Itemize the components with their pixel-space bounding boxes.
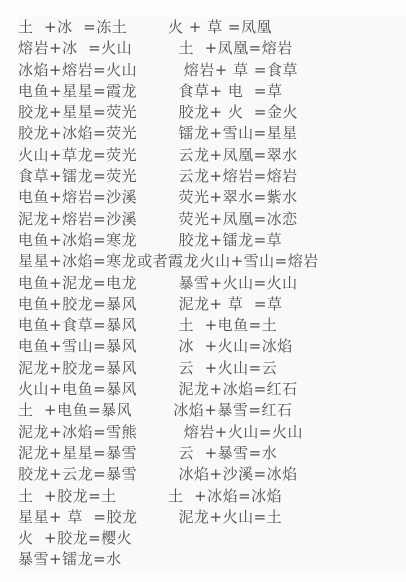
formula-left: 泥龙+冰焰=雪熊 xyxy=(18,422,168,443)
formula-left: 火山+草龙=荧光 xyxy=(18,145,168,166)
formula-row: 电鱼+泥龙=电龙 暴雪+火山=火山 xyxy=(18,273,406,294)
formula-row: 熔岩+冰 =火山 土 +凤凰=熔岩 xyxy=(18,38,406,59)
formula-right: 火山+雪山=熔岩 xyxy=(168,251,406,272)
formula-left: 泥龙+熔岩=沙溪 xyxy=(18,209,168,230)
formula-right: 熔岩+火山=火山 xyxy=(168,422,406,443)
formula-right: 泥龙+冰焰=红石 xyxy=(168,379,406,400)
formula-row: 电鱼+胶龙=暴风 泥龙+ 草 =草 xyxy=(18,294,406,315)
formula-left: 电鱼+星星=霞龙 xyxy=(18,81,168,102)
formula-row: 泥龙+胶龙=暴风 云 +火山=云 xyxy=(18,358,406,379)
formula-left: 泥龙+星星=暴雪 xyxy=(18,443,168,464)
formula-right: 土 +凤凰=熔岩 xyxy=(168,38,406,59)
combination-list: 土 +冰 =冻土火 + 草 =凤凰 熔岩+冰 =火山 土 +凤凰=熔岩 冰焰+熔… xyxy=(0,0,406,582)
formula-left: 土 +电鱼=暴风 xyxy=(18,400,168,421)
formula-right: 云龙+凤凰=翠水 xyxy=(168,145,406,166)
formula-right: 冰焰+暴雪=红石 xyxy=(168,400,406,421)
formula-row: 泥龙+星星=暴雪 云 +暴雪=水 xyxy=(18,443,406,464)
formula-left: 火 +胶龙=樱火 xyxy=(18,528,168,549)
formula-row: 电鱼+熔岩=沙溪 荧光+翠水=紫水 xyxy=(18,187,406,208)
formula-row: 土 +胶龙=土土 +冰焰=冰焰 xyxy=(18,486,406,507)
formula-left: 电鱼+食草=暴风 xyxy=(18,315,168,336)
formula-right xyxy=(168,528,406,549)
formula-left: 电鱼+雪山=暴风 xyxy=(18,336,168,357)
formula-left: 熔岩+冰 =火山 xyxy=(18,38,168,59)
formula-right: 冰 +火山=冰焰 xyxy=(168,336,406,357)
formula-right: 胶龙+镭龙=草 xyxy=(168,230,406,251)
formula-left: 星星+ 草 =胶龙 xyxy=(18,507,168,528)
formula-right: 冰焰+沙溪=冰焰 xyxy=(168,464,406,485)
formula-right: 云 +火山=云 xyxy=(168,358,406,379)
formula-row: 火山+电鱼=暴风 泥龙+冰焰=红石 xyxy=(18,379,406,400)
formula-row: 胶龙+冰焰=荧光 镭龙+雪山=星星 xyxy=(18,123,406,144)
formula-right: 胶龙+ 火 =金火 xyxy=(168,102,406,123)
formula-left: 电鱼+冰焰=寒龙 xyxy=(18,230,168,251)
formula-row: 电鱼+冰焰=寒龙 胶龙+镭龙=草 xyxy=(18,230,406,251)
formula-left: 食草+镭龙=荧光 xyxy=(18,166,168,187)
formula-right: 熔岩+ 草 =食草 xyxy=(168,60,406,81)
formula-left: 土 +冰 =冻土 xyxy=(18,17,168,38)
formula-row: 胶龙+云龙=暴雪 冰焰+沙溪=冰焰 xyxy=(18,464,406,485)
formula-right: 土 +电鱼=土 xyxy=(168,315,406,336)
formula-left: 泥龙+胶龙=暴风 xyxy=(18,358,168,379)
formula-right xyxy=(168,549,406,570)
formula-right: 暴雪+火山=火山 xyxy=(168,273,406,294)
formula-left: 暴雪+镭龙=水 xyxy=(18,549,168,570)
formula-right: 泥龙+ 草 =草 xyxy=(168,294,406,315)
formula-right: 荧光+凤凰=冰恋 xyxy=(168,209,406,230)
formula-left: 土 +胶龙=土 xyxy=(18,486,168,507)
formula-row: 电鱼+星星=霞龙 食草+ 电 =草 xyxy=(18,81,406,102)
formula-right: 火 + 草 =凤凰 xyxy=(168,17,406,38)
formula-left: 电鱼+泥龙=电龙 xyxy=(18,273,168,294)
formula-row: 冰焰+熔岩=火山 熔岩+ 草 =食草 xyxy=(18,60,406,81)
formula-left: 电鱼+熔岩=沙溪 xyxy=(18,187,168,208)
formula-left: 胶龙+云龙=暴雪 xyxy=(18,464,168,485)
formula-row: 星星+ 草 =胶龙 泥龙+火山=土 xyxy=(18,507,406,528)
formula-row: 胶龙+星星=荧光 胶龙+ 火 =金火 xyxy=(18,102,406,123)
formula-row: 星星+冰焰=寒龙或者霞龙 火山+雪山=熔岩 xyxy=(18,251,406,272)
formula-left: 冰焰+熔岩=火山 xyxy=(18,60,168,81)
formula-left: 电鱼+胶龙=暴风 xyxy=(18,294,168,315)
formula-row: 电鱼+食草=暴风 土 +电鱼=土 xyxy=(18,315,406,336)
formula-row: 泥龙+熔岩=沙溪 荧光+凤凰=冰恋 xyxy=(18,209,406,230)
formula-row: 火 +胶龙=樱火 xyxy=(18,528,406,549)
formula-left: 胶龙+冰焰=荧光 xyxy=(18,123,168,144)
formula-row: 火山+草龙=荧光 云龙+凤凰=翠水 xyxy=(18,145,406,166)
formula-right: 云 +暴雪=水 xyxy=(168,443,406,464)
formula-right: 泥龙+火山=土 xyxy=(168,507,406,528)
formula-row: 土 +电鱼=暴风 冰焰+暴雪=红石 xyxy=(18,400,406,421)
formula-right: 云龙+熔岩=熔岩 xyxy=(168,166,406,187)
formula-right: 土 +冰焰=冰焰 xyxy=(168,486,406,507)
formula-row: 电鱼+雪山=暴风 冰 +火山=冰焰 xyxy=(18,336,406,357)
formula-left: 星星+冰焰=寒龙或者霞龙 xyxy=(18,251,168,272)
formula-left: 火山+电鱼=暴风 xyxy=(18,379,168,400)
formula-row: 食草+镭龙=荧光 云龙+熔岩=熔岩 xyxy=(18,166,406,187)
formula-right: 荧光+翠水=紫水 xyxy=(168,187,406,208)
formula-row: 暴雪+镭龙=水 xyxy=(18,549,406,570)
formula-row: 土 +冰 =冻土火 + 草 =凤凰 xyxy=(18,17,406,38)
formula-row: 泥龙+冰焰=雪熊 熔岩+火山=火山 xyxy=(18,422,406,443)
formula-right: 食草+ 电 =草 xyxy=(168,81,406,102)
formula-right: 镭龙+雪山=星星 xyxy=(168,123,406,144)
formula-left: 胶龙+星星=荧光 xyxy=(18,102,168,123)
